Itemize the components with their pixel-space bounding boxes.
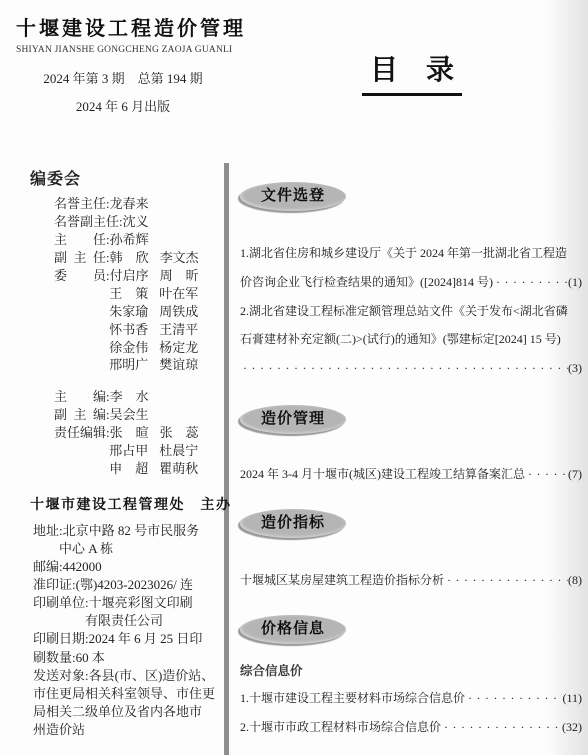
board-row-names: 李 水 [110, 389, 149, 404]
toc-section: 造价管理2024 年 3-4 月十堰市(城区)建设工程竣工结算备案汇总·····… [240, 405, 582, 489]
board-row-label [54, 322, 109, 337]
section-badge: 造价管理 [240, 405, 346, 434]
board-row-label-text: 名誉副主任 [54, 213, 119, 231]
page-number: (11) [562, 684, 582, 713]
editors-list: 主编:李 水副主编:吴会生责任编辑:张 暄张 蕊 邢占甲杜晨宁 申 超瞿萌秋 [30, 388, 224, 478]
publisher-line: 发送对象:各县(市、区)造价站、 [33, 667, 224, 685]
board-row-label-text [54, 321, 106, 339]
board-row-names: 邢占甲杜晨宁 [109, 443, 198, 458]
board-row-names: 邢明广樊谊琼 [109, 357, 198, 372]
person-name: 张 蕊 [160, 424, 199, 442]
journal-toc-page: 十堰建设工程造价管理 SHIYAN JIANSHE GONGCHENG ZAOJ… [0, 0, 588, 755]
editorial-board-header: 编委会 [30, 166, 224, 189]
board-row-label-text: 责任编辑 [54, 424, 106, 442]
toc-entry-line: 石膏建材补充定额(二)>(试行)的通知》(鄂建标定[2024] 15 号) [240, 325, 582, 354]
board-row-label: 名誉副主任: [54, 214, 123, 229]
toc-entry-text: 价咨询企业飞行检查结果的通知》([2024]814 号) [240, 268, 493, 297]
person-name: 怀书香 [109, 321, 148, 339]
person-name: 周 昕 [160, 267, 199, 285]
board-row-names: 朱家瑜周铁成 [109, 304, 198, 319]
person-name: 樊谊琼 [159, 356, 198, 374]
toc-entry: 1.湖北省住房和城乡建设厅《关于 2024 年第一批湖北省工程造价咨询企业飞行检… [240, 239, 582, 297]
toc-section-badge-row: 造价指标 [240, 509, 582, 538]
board-row-label: 副主任: [54, 250, 110, 265]
section-badge: 文件选登 [240, 182, 346, 211]
board-row-names: 沈义 [123, 214, 162, 229]
toc-entry: 十堰城区某房屋建筑工程造价指标分析·······················… [240, 566, 582, 595]
board-row-names: 张 暄张 蕊 [110, 425, 199, 440]
board-row: 徐金伟杨定龙 [54, 339, 224, 357]
board-row-names: 怀书香王清平 [109, 322, 198, 337]
board-row-label [54, 443, 109, 458]
board-row-label-text: 副主编 [54, 406, 106, 424]
board-row-names: 孙希辉 [110, 232, 149, 247]
board-row-names: 龙春来 [110, 196, 149, 211]
board-row: 王 策叶在军 [54, 285, 224, 303]
board-row-label: 主任: [54, 232, 110, 247]
person-name: 孙希辉 [110, 231, 149, 249]
publisher-line: 刷数量:60 本 [33, 649, 224, 667]
board-row-names: 韩 欣李文杰 [110, 250, 199, 265]
board-row-label-text: 委员 [54, 267, 106, 285]
toc-title-text: 目 录 [362, 48, 462, 96]
sponsor-line: 十堰市建设工程管理处 主办 [30, 494, 224, 514]
board-row: 名誉副主任:沈义 [54, 213, 224, 231]
section-badge: 价格信息 [240, 615, 346, 644]
toc-entry-line: 2.湖北省建设工程标准定额管理总站文件《关于发布<湖北省磷 [240, 297, 582, 326]
toc-entry: 2.湖北省建设工程标准定额管理总站文件《关于发布<湖北省磷石膏建材补充定额(二)… [240, 297, 582, 383]
dot-leader: ········································… [441, 713, 562, 742]
board-row: 责任编辑:张 暄张 蕊 [54, 424, 224, 442]
board-row: 副主编:吴会生 [54, 406, 224, 424]
board-row: 名誉主任:龙春来 [54, 195, 224, 213]
person-name: 申 超 [109, 460, 148, 478]
publish-date-line: 2024 年 6 月出版 [16, 96, 230, 115]
board-row-label [54, 304, 109, 319]
toc-entry-text: 2.十堰市市政工程材料市场综合信息价 [240, 713, 441, 742]
publisher-line: 地址:北京中路 82 号市民服务 [33, 522, 224, 540]
toc-entry-text: 十堰城区某房屋建筑工程造价指标分析 [240, 566, 444, 595]
page-number: (8) [568, 566, 582, 595]
dot-leader: ········································… [465, 684, 562, 713]
toc-column: 文件选登1.湖北省住房和城乡建设厅《关于 2024 年第一批湖北省工程造价咨询企… [240, 182, 582, 742]
toc-section-badge-row: 文件选登 [240, 182, 582, 211]
board-row-label-text [54, 442, 106, 460]
page-number: (32) [562, 713, 582, 742]
toc-section: 造价指标十堰城区某房屋建筑工程造价指标分析···················… [240, 509, 582, 595]
person-name: 王清平 [159, 321, 198, 339]
toc-entry-text: 1.十堰市建设工程主要材料市场综合信息价 [240, 684, 465, 713]
person-name: 杨定龙 [159, 339, 198, 357]
board-row-label-text: 名誉主任 [54, 195, 106, 213]
board-row-label [54, 340, 109, 355]
person-name: 张 暄 [110, 424, 149, 442]
board-row-label: 名誉主任: [54, 196, 110, 211]
person-name: 付启序 [110, 267, 149, 285]
toc-entry-line: 1.十堰市建设工程主要材料市场综合信息价····················… [240, 684, 582, 713]
board-row: 朱家瑜周铁成 [54, 303, 224, 321]
person-name: 吴会生 [110, 406, 149, 424]
board-row-label-text [54, 339, 106, 357]
toc-section: 文件选登1.湖北省住房和城乡建设厅《关于 2024 年第一批湖北省工程造价咨询企… [240, 182, 582, 383]
toc-section-badge-row: 价格信息 [240, 615, 582, 644]
publisher-line: 准印证:(鄂)4203-2023026/ 连 [33, 576, 224, 594]
board-row: 申 超瞿萌秋 [54, 460, 224, 478]
board-row-names: 吴会生 [110, 407, 149, 422]
section-badge: 造价指标 [240, 509, 346, 538]
board-row: 主编:李 水 [54, 388, 224, 406]
board-row-label-text [54, 356, 106, 374]
editorial-board-list: 名誉主任:龙春来名誉副主任:沈义主任:孙希辉副主任:韩 欣李文杰委员:付启序周 … [30, 195, 224, 374]
toc-subheader: 综合信息价 [240, 662, 582, 681]
board-row-label-text [54, 303, 106, 321]
board-row-label-text [54, 460, 106, 478]
board-row: 邢占甲杜晨宁 [54, 442, 224, 460]
board-row-label-text: 副主任 [54, 249, 106, 267]
toc-title: 目 录 [350, 48, 474, 96]
board-row-label: 副主编: [54, 407, 110, 422]
board-row-label [54, 357, 109, 372]
board-row-names: 王 策叶在军 [109, 286, 198, 301]
publisher-line: 中心 A 栋 [33, 540, 224, 558]
toc-entry-text: 2024 年 3-4 月十堰市(城区)建设工程竣工结算备案汇总 [240, 460, 525, 489]
journal-title-pinyin: SHIYAN JIANSHE GONGCHENG ZAOJA GUANLI [16, 45, 230, 55]
board-row-names: 申 超瞿萌秋 [109, 461, 198, 476]
person-name: 周铁成 [159, 303, 198, 321]
toc-entry: 2.十堰市市政工程材料市场综合信息价······················… [240, 713, 582, 742]
board-row: 邢明广樊谊琼 [54, 356, 224, 374]
publisher-line: 印刷日期:2024 年 6 月 25 日印 [33, 630, 224, 648]
person-name: 叶在军 [159, 285, 198, 303]
person-name: 朱家瑜 [109, 303, 148, 321]
board-row: 主任:孙希辉 [54, 231, 224, 249]
journal-title: 十堰建设工程造价管理 [16, 12, 230, 41]
dot-leader: ········································… [525, 460, 568, 489]
person-name: 王 策 [109, 285, 148, 303]
board-row-label-text: 主任 [54, 231, 106, 249]
toc-entry: 1.十堰市建设工程主要材料市场综合信息价····················… [240, 684, 582, 713]
page-number: (3) [568, 354, 582, 383]
editorial-sidebar: 编委会 名誉主任:龙春来名誉副主任:沈义主任:孙希辉副主任:韩 欣李文杰委员:付… [30, 166, 224, 739]
dot-leader: ········································… [240, 354, 568, 383]
board-row: 副主任:韩 欣李文杰 [54, 249, 224, 267]
person-name: 龙春来 [110, 195, 149, 213]
board-row-label [54, 286, 109, 301]
toc-entry-line: ········································… [240, 354, 582, 383]
person-name: 韩 欣 [110, 249, 149, 267]
page-number: (7) [568, 460, 582, 489]
toc-entries: 1.湖北省住房和城乡建设厅《关于 2024 年第一批湖北省工程造价咨询企业飞行检… [240, 239, 582, 383]
toc-entry-line: 2.十堰市市政工程材料市场综合信息价······················… [240, 713, 582, 742]
toc-entries: 1.十堰市建设工程主要材料市场综合信息价····················… [240, 684, 582, 742]
board-row-label-text: 主编 [54, 388, 106, 406]
toc-entries: 十堰城区某房屋建筑工程造价指标分析·······················… [240, 566, 582, 595]
toc-section: 价格信息综合信息价1.十堰市建设工程主要材料市场综合信息价···········… [240, 615, 582, 742]
toc-entry: 2024 年 3-4 月十堰市(城区)建设工程竣工结算备案汇总·········… [240, 460, 582, 489]
person-name: 杜晨宁 [159, 442, 198, 460]
person-name: 徐金伟 [109, 339, 148, 357]
person-name: 李文杰 [160, 249, 199, 267]
toc-entry-line: 价咨询企业飞行检查结果的通知》([2024]814 号)············… [240, 268, 582, 297]
toc-entry-line: 1.湖北省住房和城乡建设厅《关于 2024 年第一批湖北省工程造 [240, 239, 582, 268]
toc-section-badge-row: 造价管理 [240, 405, 582, 434]
board-row-names: 徐金伟杨定龙 [109, 340, 198, 355]
board-row-label [54, 461, 109, 476]
person-name: 邢明广 [109, 356, 148, 374]
publisher-info: 地址:北京中路 82 号市民服务 中心 A 栋邮编:442000准印证:(鄂)4… [30, 522, 224, 739]
publisher-line: 州造价站 [33, 721, 224, 739]
dot-leader: ········································… [444, 566, 568, 595]
issue-line: 2024 年第 3 期 总第 194 期 [16, 68, 230, 87]
dot-leader: ········································… [493, 268, 568, 297]
board-row: 委员:付启序周 昕 [54, 267, 224, 285]
publisher-line: 邮编:442000 [33, 558, 224, 576]
column-divider [224, 163, 229, 755]
board-row-label: 主编: [54, 389, 110, 404]
publisher-line: 有限责任公司 [33, 612, 224, 630]
toc-entry-line: 2024 年 3-4 月十堰市(城区)建设工程竣工结算备案汇总·········… [240, 460, 582, 489]
page-number: (1) [568, 268, 582, 297]
publisher-line: 印刷单位:十堰亮彩图文印刷 [33, 594, 224, 612]
person-name: 邢占甲 [109, 442, 148, 460]
person-name: 瞿萌秋 [159, 460, 198, 478]
person-name: 李 水 [110, 388, 149, 406]
toc-entry-line: 十堰城区某房屋建筑工程造价指标分析·······················… [240, 566, 582, 595]
publisher-line: 局相关二级单位及省内各地市 [33, 703, 224, 721]
board-row-label-text [54, 285, 106, 303]
masthead: 十堰建设工程造价管理 SHIYAN JIANSHE GONGCHENG ZAOJ… [16, 12, 230, 115]
person-name: 沈义 [123, 213, 162, 231]
board-row-names: 付启序周 昕 [110, 268, 199, 283]
board-row-label: 委员: [54, 268, 110, 283]
board-row-label: 责任编辑: [54, 425, 110, 440]
publisher-line: 市住更局相关科室领导、市住更 [33, 685, 224, 703]
toc-entries: 2024 年 3-4 月十堰市(城区)建设工程竣工结算备案汇总·········… [240, 460, 582, 489]
board-row: 怀书香王清平 [54, 321, 224, 339]
